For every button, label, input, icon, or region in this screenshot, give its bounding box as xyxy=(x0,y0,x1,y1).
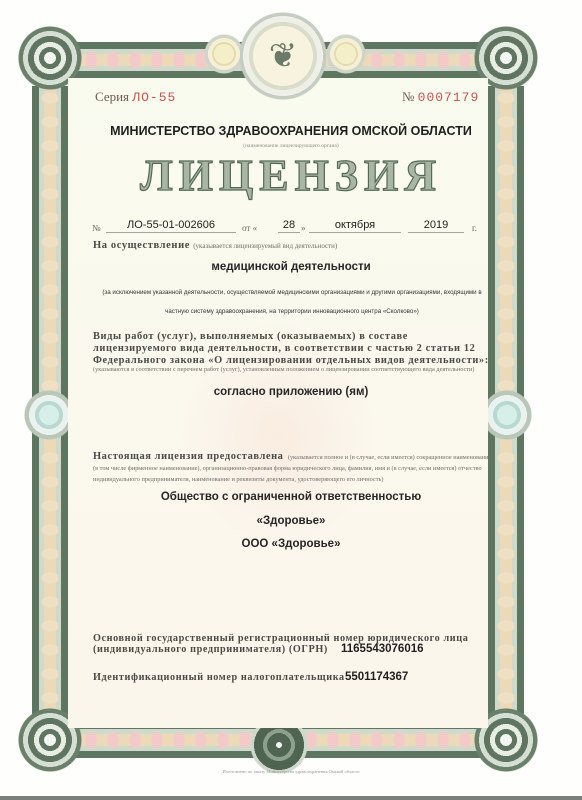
license-number-line: № ЛО-55-01-002606 от « 28 » октября 2019… xyxy=(92,219,492,235)
date-from-label: от « xyxy=(242,223,257,233)
activity-label-text: На осуществление xyxy=(93,240,190,251)
license-month: октября xyxy=(309,219,401,233)
works-label: Виды работ (услуг), выполняемых (оказыва… xyxy=(93,331,493,367)
holder-block: Настоящая лицензия предоставлена (указыв… xyxy=(93,451,493,484)
inn-label: Идентификационный номер налогоплательщик… xyxy=(93,672,345,683)
issuer-name: МИНИСТЕРСТВО ЗДРАВООХРАНЕНИЯ ОМСКОЙ ОБЛА… xyxy=(0,124,582,138)
russian-coat-of-arms-icon: ❦ xyxy=(264,34,302,78)
date-close-quote: » xyxy=(301,223,306,233)
license-number: ЛО-55-01-002606 xyxy=(106,219,236,233)
activity-note-line: (за исключением указанной деятельности, … xyxy=(92,283,492,302)
activity-label: На осуществление (указывается лицензируе… xyxy=(93,240,337,251)
ogrn-value: 1165543076016 xyxy=(341,643,424,655)
ogrn-label: Основной государственный регистрационный… xyxy=(93,633,483,655)
series-caption: Серия xyxy=(95,89,129,104)
year-suffix: г. xyxy=(472,223,477,233)
seal-rosette-icon xyxy=(204,34,244,74)
scan-edge xyxy=(0,796,582,800)
holder-name: «Здоровье» xyxy=(0,515,582,527)
printer-note: Изготовлено по заказу Министерства здрав… xyxy=(0,769,582,774)
license-number-sign: № xyxy=(92,223,101,233)
holder-label: Настоящая лицензия предоставлена xyxy=(93,451,283,462)
activity-note-line: частную систему здравоохранения, на терр… xyxy=(92,302,492,321)
license-day: 28 xyxy=(278,219,300,233)
works-value: согласно приложению (ям) xyxy=(0,386,582,398)
works-hint: (указываются в соответствии с перечнем р… xyxy=(93,366,493,374)
issuer-caption: (наименование лицензирующего органа) xyxy=(0,143,582,149)
series-value: ЛО-55 xyxy=(132,90,176,105)
series-label: Серия ЛО-55 xyxy=(95,89,176,105)
form-number: № 0007179 xyxy=(402,89,479,105)
document-title: ЛИЦЕНЗИЯ xyxy=(0,150,582,201)
coat-of-arms-seal: ❦ xyxy=(240,8,326,104)
license-year: 2019 xyxy=(408,219,464,233)
seal-rosette-icon xyxy=(326,34,366,74)
inn-value: 5501174367 xyxy=(345,671,408,683)
holder-short-name: ООО «Здоровье» xyxy=(0,538,582,550)
form-number-value: 0007179 xyxy=(418,90,480,105)
activity-hint: (указывается лицензируемый вид деятельно… xyxy=(193,242,337,250)
activity-value: медицинской деятельности xyxy=(0,261,582,273)
activity-note: (за исключением указанной деятельности, … xyxy=(92,283,492,321)
number-sign: № xyxy=(402,89,414,104)
holder-legal-form: Общество с ограниченной ответственностью xyxy=(0,491,582,503)
license-page: ❦ Серия ЛО-55 № 0007179 МИНИСТЕРСТВО ЗДР… xyxy=(0,0,582,800)
